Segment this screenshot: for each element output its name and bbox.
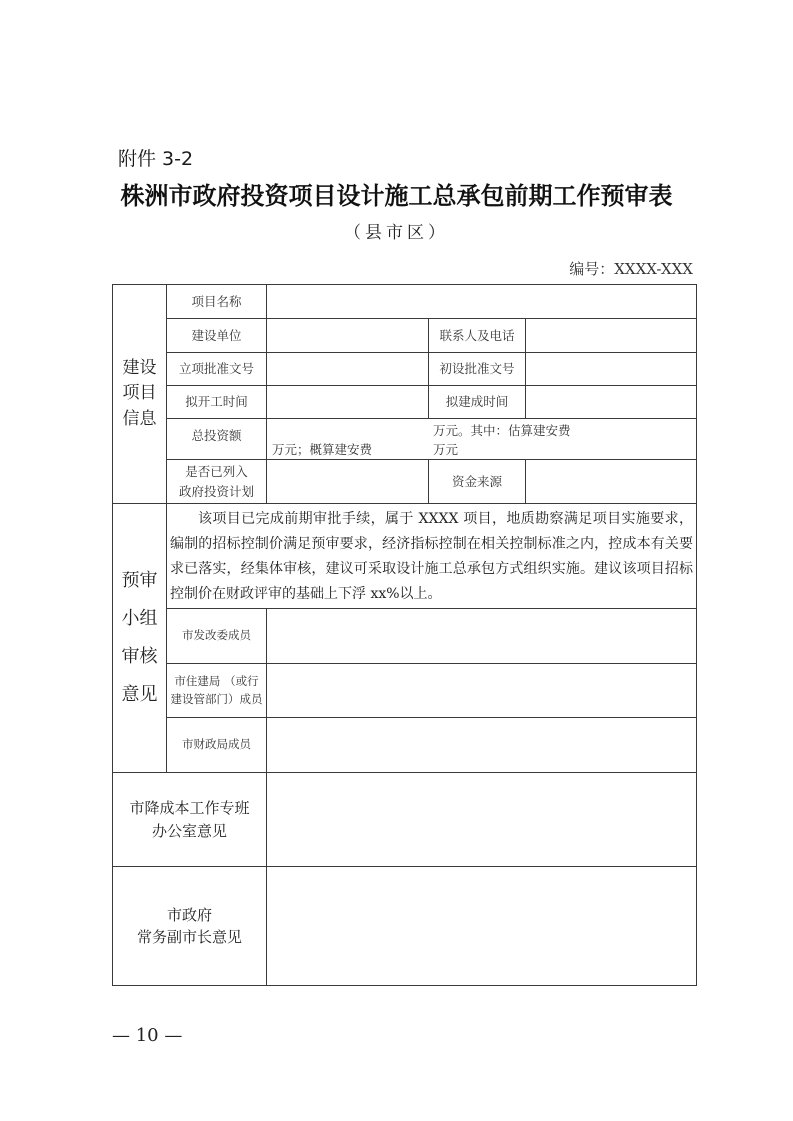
field-vice-mayor-opinion[interactable] (267, 867, 696, 985)
table-border-right (696, 284, 697, 986)
label-prelim-approval-no: 初设批准文号 (429, 353, 525, 385)
field-prelim-approval-no[interactable] (526, 353, 696, 385)
field-in-investment-plan[interactable] (267, 460, 428, 503)
label-builder: 建设单位 (167, 319, 266, 352)
label-in-investment-plan: 是否已列入 政府投资计划 (167, 460, 266, 503)
field-finish-time[interactable] (526, 386, 696, 418)
label-finish-time: 拟建成时间 (429, 386, 525, 418)
review-opinion-text: 该项目已完成前期审批手续，属于 XXXX 项目，地质勘察满足项目实施要求，编制的… (170, 507, 693, 607)
label-approval-no: 立项批准文号 (167, 353, 266, 385)
field-member-ndrc[interactable] (267, 609, 696, 663)
document-subtitle: （县市区） (0, 218, 793, 243)
label-project-name: 项目名称 (167, 285, 266, 318)
field-contact[interactable] (526, 319, 696, 352)
label-member-housing: 市住建局 （或行 建设管部门）成员 (167, 664, 266, 717)
field-approval-no[interactable] (267, 353, 428, 385)
field-start-time[interactable] (267, 386, 428, 418)
label-fund-source: 资金来源 (429, 460, 525, 503)
label-cost-office-opinion: 市降成本工作专班 办公室意见 (113, 773, 266, 866)
field-builder[interactable] (267, 319, 428, 352)
label-contact: 联系人及电话 (429, 319, 525, 352)
label-member-ndrc: 市发改委成员 (167, 609, 266, 663)
field-project-name[interactable] (267, 285, 696, 318)
document-title: 株洲市政府投资项目设计施工总承包前期工作预审表 (0, 176, 793, 211)
investment-text-line2-right: 万元 (433, 440, 458, 458)
field-member-housing[interactable] (267, 664, 696, 717)
divider (112, 503, 697, 504)
page-number: — 10 — (112, 1025, 182, 1046)
group-label-project-info: 建设 项目 信息 (113, 285, 166, 503)
document-number: 编号：XXXX-XXX (569, 258, 693, 279)
field-cost-office-opinion[interactable] (267, 773, 696, 866)
label-vice-mayor-opinion: 市政府 常务副市长意见 (113, 867, 266, 985)
investment-text-line1: 万元。其中：估算建安费 (433, 421, 571, 439)
label-member-finance: 市财政局成员 (167, 718, 266, 772)
table-border-bottom (112, 985, 697, 986)
label-total-investment: 总投资额 (167, 419, 266, 459)
group-label-review-opinion: 预审 小组 审核 意见 (113, 504, 166, 772)
field-fund-source[interactable] (526, 460, 696, 503)
investment-text-line2-left: 万元；概算建安费 (272, 440, 372, 458)
field-member-finance[interactable] (267, 718, 696, 772)
label-start-time: 拟开工时间 (167, 386, 266, 418)
attachment-label: 附件 3-2 (118, 144, 193, 171)
